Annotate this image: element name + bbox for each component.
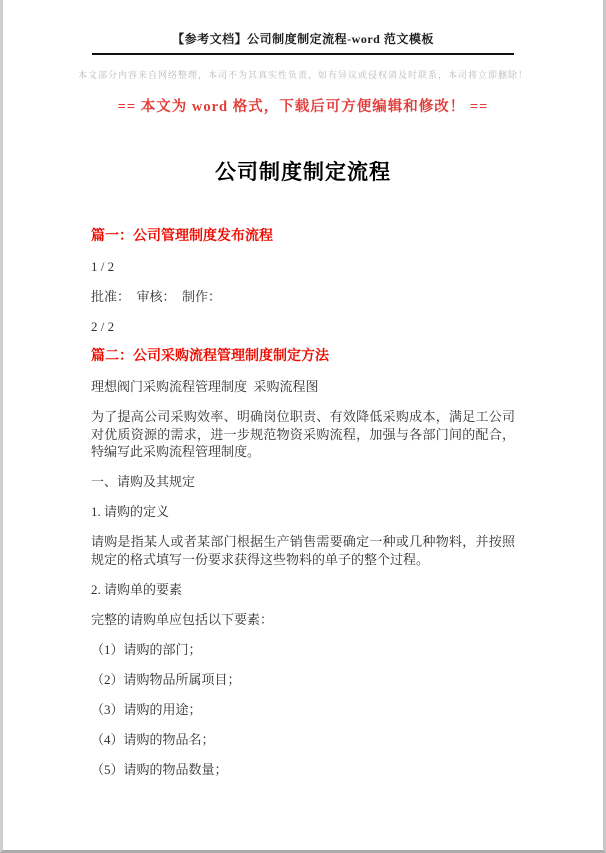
document-header: 【参考文档】公司制度制定流程-word 范文模板 bbox=[92, 0, 514, 55]
list-item-3: （3）请购的用途； bbox=[91, 701, 515, 719]
approval-line: 批准： 审核： 制作： bbox=[91, 288, 515, 306]
subtitle-line: 理想阀门采购流程管理制度 采购流程图 bbox=[91, 378, 515, 396]
definition-paragraph: 请购是指某人或者某部门根据生产销售需要确定一种或几种物料，并按照规定的格式填写一… bbox=[91, 533, 515, 568]
document-page: 【参考文档】公司制度制定流程-word 范文模板 本文部分内容来自网络整理，本司… bbox=[0, 0, 606, 853]
header-title: 【参考文档】公司制度制定流程-word 范文模板 bbox=[92, 30, 514, 55]
intro-paragraph: 为了提高公司采购效率、明确岗位职责、有效降低采购成本，满足工公司对优质资源的需求… bbox=[91, 408, 515, 461]
list-item-5: （5）请购的物品数量； bbox=[91, 761, 515, 779]
section2-heading: 篇二：公司采购流程管理制度制定方法 bbox=[91, 348, 515, 366]
item-1-title: 1. 请购的定义 bbox=[91, 503, 515, 521]
page-indicator-1: 1 / 2 bbox=[91, 258, 515, 276]
page-indicator-2: 2 / 2 bbox=[91, 318, 515, 336]
document-title: 公司制度制定流程 bbox=[3, 156, 603, 186]
section1-heading: 篇一：公司管理制度发布流程 bbox=[91, 228, 515, 246]
format-notice: == 本文为 word 格式，下载后可方便编辑和修改！ == bbox=[3, 95, 603, 116]
document-body: 篇一：公司管理制度发布流程 1 / 2 批准： 审核： 制作： 2 / 2 篇二… bbox=[91, 228, 515, 778]
list-item-2: （2）请购物品所属项目； bbox=[91, 671, 515, 689]
elements-lead-in: 完整的请购单应包括以下要素： bbox=[91, 611, 515, 629]
item-2-title: 2. 请购单的要素 bbox=[91, 581, 515, 599]
list-item-4: （4）请购的物品名； bbox=[91, 731, 515, 749]
disclaimer-text: 本文部分内容来自网络整理，本司不为其真实性负责，如有异议或侵权请及时联系，本司将… bbox=[3, 68, 603, 81]
chapter-1-title: 一、请购及其规定 bbox=[91, 473, 515, 491]
list-item-1: （1）请购的部门； bbox=[91, 641, 515, 659]
